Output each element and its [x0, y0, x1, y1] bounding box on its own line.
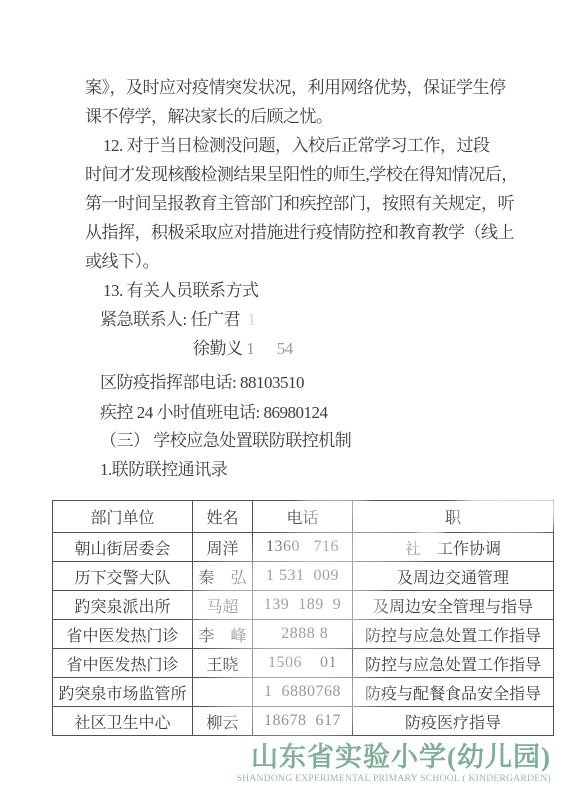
- section-heading: （三） 学校应急处置联防联控机制: [100, 430, 351, 452]
- cell-duty: 防控与应急处置工作指导: [353, 649, 554, 678]
- contact-directory-table: 部门单位 姓名 电话 职 朝山街居委会 周洋 1360 716 社 工作协调 历…: [52, 500, 554, 736]
- paragraph-line: 或线下）。: [85, 251, 159, 273]
- cell-phone: 139 189 9: [253, 591, 353, 620]
- cell-unit: 社区卫生中心: [53, 707, 193, 736]
- cell-name: 秦 弘: [193, 562, 253, 591]
- header-phone: 电话: [253, 501, 353, 533]
- district-hq-phone-line: 区防疫指挥部电话: 88103510: [100, 372, 304, 394]
- header-name: 姓名: [193, 501, 253, 533]
- table-row: 省中医发热门诊 李 峰 2888 8 防控与应急处置工作指导: [53, 620, 554, 649]
- white-smudge: [328, 298, 460, 360]
- cell-name: 周洋: [193, 533, 253, 562]
- section-subheading: 1.联防联控通讯录: [100, 459, 227, 481]
- school-logo: 山东省实验小学(幼儿园) SHANDONG EXPERIMENTAL PRIMA…: [237, 741, 551, 785]
- table-row: 趵突泉派出所 马超 139 189 9 及周边安全管理与指导: [53, 591, 554, 620]
- cell-name: 王晓: [193, 649, 253, 678]
- cell-phone: 1 6880768: [253, 678, 353, 707]
- cell-duty: 防疫与配餐食品安全指导: [353, 678, 554, 707]
- table-row: 社区卫生中心 柳云 18678 617 防疫医疗指导: [53, 707, 554, 736]
- emergency-contact-2-name: 徐勤义: [193, 339, 246, 358]
- document-page: 案》，及时应对疫情突发状况，利用网络优势，保证学生停 课不停学，解决家长的后顾之…: [0, 0, 565, 800]
- paragraph-line: 课不停学，解决家长的后顾之忧。: [85, 106, 333, 128]
- cell-duty: 防疫医疗指导: [353, 707, 554, 736]
- cell-phone: 1 531 009: [253, 562, 353, 591]
- table-row: 趵突泉市场监管所 1 6880768 防疫与配餐食品安全指导: [53, 678, 554, 707]
- table-row: 历下交警大队 秦 弘 1 531 009 及周边交通管理: [53, 562, 554, 591]
- paragraph-line: 从指挥，积极采取应对措施进行疫情防控和教育教学（线上: [85, 222, 514, 244]
- cdc-hotline-line: 疾控 24 小时值班电话: 86980124: [100, 402, 327, 424]
- cell-phone: 2888 8: [253, 620, 353, 649]
- emergency-contact-label: 紧急联系人:: [100, 310, 190, 329]
- cell-name: 马超: [193, 591, 253, 620]
- cell-duty: 防控与应急处置工作指导: [353, 620, 554, 649]
- header-unit: 部门单位: [53, 501, 193, 533]
- cell-phone: 1360 716: [253, 533, 353, 562]
- cell-name: [193, 678, 253, 707]
- cell-phone: 1506 01: [253, 649, 353, 678]
- header-duty: 职: [353, 501, 554, 533]
- school-name-english: SHANDONG EXPERIMENTAL PRIMARY SCHOOL ( K…: [237, 773, 551, 785]
- emergency-contact-line-1: 紧急联系人: 任广君 1: [100, 309, 255, 331]
- cell-unit: 趵突泉派出所: [53, 591, 193, 620]
- paragraph-line: 第一时间呈报教育主管部门和疾控部门，按照有关规定，听: [85, 193, 514, 215]
- school-name-chinese: 山东省实验小学(幼儿园): [237, 741, 551, 773]
- table-row: 朝山街居委会 周洋 1360 716 社 工作协调: [53, 533, 554, 562]
- cell-name: 柳云: [193, 707, 253, 736]
- emergency-contact-1-name: 任广君: [190, 310, 240, 329]
- emergency-contact-1-phone-partial: 1: [247, 310, 255, 329]
- cell-duty: 社 工作协调: [353, 533, 554, 562]
- cell-name: 李 峰: [193, 620, 253, 649]
- cell-duty: 及周边交通管理: [353, 562, 554, 591]
- paragraph-line: 案》，及时应对疫情突发状况，利用网络优势，保证学生停: [85, 77, 506, 99]
- cell-duty: 及周边安全管理与指导: [353, 591, 554, 620]
- paragraph-line: 时间才发现核酸检测结果呈阳性的师生,学校在得知情况后，: [85, 164, 518, 186]
- table-row: 省中医发热门诊 王晓 1506 01 防控与应急处置工作指导: [53, 649, 554, 678]
- cell-unit: 趵突泉市场监管所: [53, 678, 193, 707]
- emergency-contact-2-phone-partial: 1 54: [246, 339, 293, 358]
- cell-unit: 朝山街居委会: [53, 533, 193, 562]
- emergency-contact-line-2: 徐勤义 1 54: [193, 338, 293, 360]
- cell-unit: 省中医发热门诊: [53, 649, 193, 678]
- cell-phone: 18678 617: [253, 707, 353, 736]
- table-header-row: 部门单位 姓名 电话 职: [53, 501, 554, 533]
- cell-unit: 历下交警大队: [53, 562, 193, 591]
- paragraph-line-item-13: 13. 有关人员联系方式: [103, 280, 259, 302]
- paragraph-line-item-12: 12. 对于当日检测没问题，入校后正常学习工作，过段: [103, 135, 490, 157]
- cell-unit: 省中医发热门诊: [53, 620, 193, 649]
